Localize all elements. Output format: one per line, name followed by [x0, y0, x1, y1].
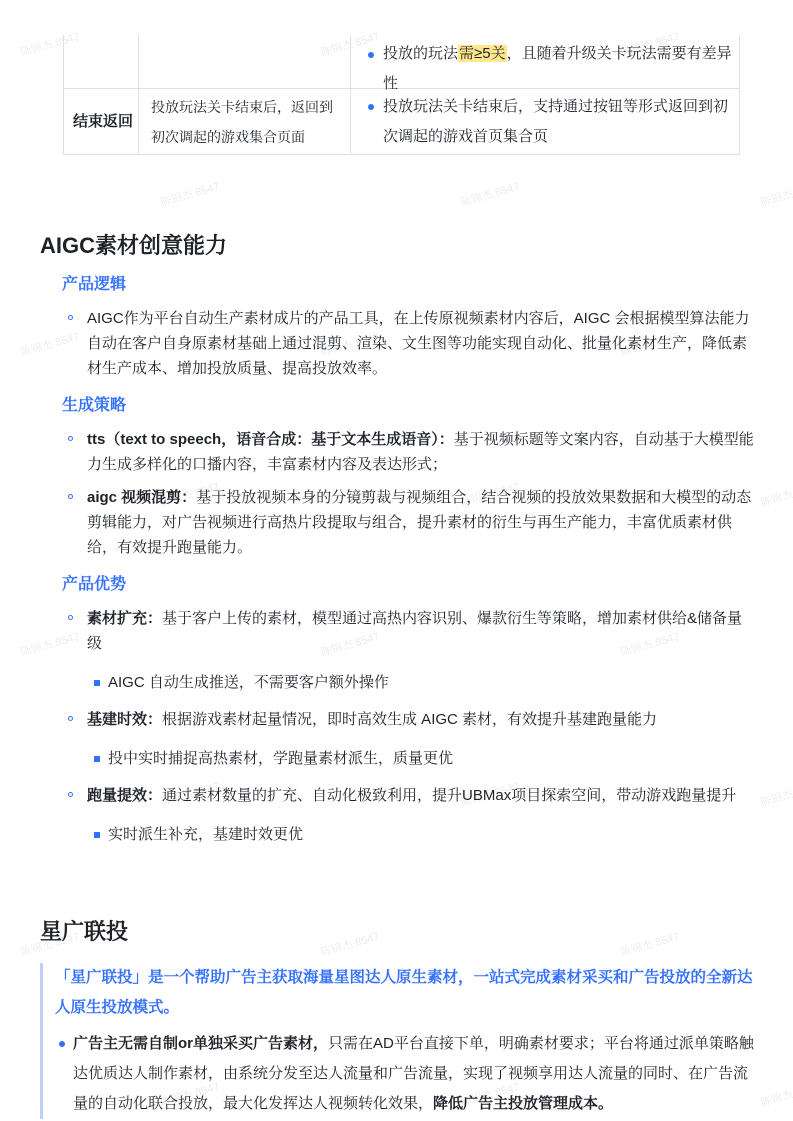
bold-text-run: 降低广告主投放管理成本。 — [433, 1095, 613, 1112]
circle-bullet-icon — [68, 494, 73, 499]
circle-bullet-icon — [68, 792, 73, 797]
sub-list-item: 实时派生补充，基建时效更优 — [108, 822, 755, 847]
square-bullet-icon — [94, 680, 100, 686]
quote-callout: 「星广联投」是一个帮助广告主获取海量星图达人原生素材，一站式完成素材采买和广告投… — [40, 963, 757, 1119]
circle-bullet-icon — [68, 615, 73, 620]
list-item: AIGC作为平台自动生产素材成片的产品工具，在上传原视频素材内容后，AIGC 会… — [87, 306, 755, 381]
text-run: 基于客户上传的素材，模型通过高热内容识别、爆款衍生等策略，增加素材供给&储备量级 — [87, 610, 742, 652]
feature-table: 投放的玩法需≥5关，且随着升级关卡玩法需要有差异性 结束返回 投放玩法关卡结束后… — [63, 35, 740, 155]
sub-list-item: AIGC 自动生成推送，不需要客户额外操作 — [108, 670, 755, 695]
bullet-list: tts（text to speech，语音合成：基于文本生成语音）：基于视频标题… — [0, 427, 793, 560]
text-run: AIGC 自动生成推送，不需要客户额外操作 — [108, 674, 389, 691]
text-run: 投中实时捕捉高热素材，学跑量素材派生，质量更优 — [108, 750, 453, 767]
table-cell-detail: 投放玩法关卡结束后，支持通过按钮等形式返回到初次调起的游戏首页集合页 — [350, 89, 740, 154]
bold-text-run: 素材扩充： — [87, 610, 162, 627]
text-run: 根据游戏素材起量情况，即时高效生成 AIGC 素材，有效提升基建跑量能力 — [162, 711, 657, 728]
square-bullet-icon — [94, 832, 100, 838]
bullet-list: AIGC作为平台自动生产素材成片的产品工具，在上传原视频素材内容后，AIGC 会… — [0, 306, 793, 381]
circle-bullet-icon — [68, 436, 73, 441]
table-cell-description: 投放玩法关卡结束后，返回到初次调起的游戏集合页面 — [138, 89, 350, 154]
bold-text-run: 基建时效： — [87, 711, 162, 728]
paragraph-text: AIGC作为平台自动生产素材成片的产品工具，在上传原视频素材内容后，AIGC 会… — [87, 310, 750, 377]
highlighted-text: 需≥5关 — [458, 45, 507, 62]
subheading-product-logic: 产品逻辑 — [62, 274, 753, 296]
subheading-generation-strategy: 生成策略 — [62, 395, 753, 417]
table-cell-detail: 投放的玩法需≥5关，且随着升级关卡玩法需要有差异性 — [350, 35, 740, 88]
bold-text-run: aigc 视频混剪： — [87, 489, 196, 506]
bold-text-run: 跑量提效： — [87, 787, 162, 804]
list-item: aigc 视频混剪：基于投放视频本身的分镜剪裁与视频组合，结合视频的投放效果数据… — [87, 485, 755, 560]
bold-text-run: 广告主无需自制or单独采买广告素材， — [73, 1035, 328, 1052]
list-item: 基建时效：根据游戏素材起量情况，即时高效生成 AIGC 素材，有效提升基建跑量能… — [87, 707, 755, 732]
sub-list-item: 投中实时捕捉高热素材，学跑量素材派生，质量更优 — [108, 746, 755, 771]
square-bullet-icon — [94, 756, 100, 762]
document-content: 投放的玩法需≥5关，且随着升级关卡玩法需要有差异性 结束返回 投放玩法关卡结束后… — [0, 35, 793, 1119]
bullet-icon — [368, 104, 374, 110]
cell-text: 投放玩法关卡结束后，支持通过按钮等形式返回到初次调起的游戏首页集合页 — [383, 98, 728, 145]
subheading-product-advantages: 产品优势 — [62, 574, 753, 596]
list-item: 投放玩法关卡结束后，支持通过按钮等形式返回到初次调起的游戏首页集合页 — [383, 92, 733, 152]
callout-lead-text: 「星广联投」是一个帮助广告主获取海量星图达人原生素材，一站式完成素材采买和广告投… — [55, 963, 757, 1023]
circle-bullet-icon — [68, 315, 73, 320]
list-item: 投放的玩法需≥5关，且随着升级关卡玩法需要有差异性 — [383, 39, 733, 99]
cell-text: 投放的玩法需≥5关，且随着升级关卡玩法需要有差异性 — [383, 45, 732, 92]
table-cell-feature: 结束返回 — [63, 89, 138, 154]
list-item: 跑量提效：通过素材数量的扩充、自动化极致利用，提升UBMax项目探索空间，带动游… — [87, 783, 755, 808]
bullet-icon — [368, 52, 374, 58]
table-cell-description — [138, 35, 350, 88]
text-run: 实时派生补充，基建时效更优 — [108, 826, 303, 843]
text-run: 通过素材数量的扩充、自动化极致利用，提升UBMax项目探索空间，带动游戏跑量提升 — [162, 787, 736, 804]
list-item: tts（text to speech，语音合成：基于文本生成语音）：基于视频标题… — [87, 427, 755, 477]
table-cell-feature — [63, 35, 138, 88]
bullet-list: 素材扩充：基于客户上传的素材，模型通过高热内容识别、爆款衍生等策略，增加素材供给… — [0, 606, 793, 847]
table-row: 投放的玩法需≥5关，且随着升级关卡玩法需要有差异性 — [63, 35, 740, 89]
section-title-aigc: AIGC素材创意能力 — [40, 231, 753, 261]
text-run: 投放的玩法 — [383, 45, 458, 62]
circle-bullet-icon — [68, 716, 73, 721]
list-item: 广告主无需自制or单独采买广告素材，只需在AD平台直接下单，明确素材要求；平台将… — [73, 1029, 757, 1119]
bold-text-run: tts（text to speech，语音合成：基于文本生成语音）： — [87, 431, 454, 448]
document-page: 陈锦杰 8547陈锦杰 8547陈锦杰 8547陈锦杰 8547陈锦杰 8547… — [0, 0, 793, 1121]
section-title-xingguang: 星广联投 — [40, 917, 753, 947]
list-item: 素材扩充：基于客户上传的素材，模型通过高热内容识别、爆款衍生等策略，增加素材供给… — [87, 606, 755, 656]
table-row: 结束返回 投放玩法关卡结束后，返回到初次调起的游戏集合页面 投放玩法关卡结束后，… — [63, 89, 740, 155]
bullet-icon — [59, 1041, 65, 1047]
